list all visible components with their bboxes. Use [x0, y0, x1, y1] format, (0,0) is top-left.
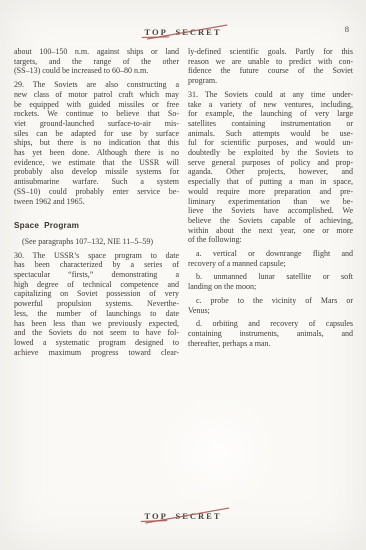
text-line: c. probe to the vicinity of Mars or — [188, 296, 353, 306]
text-line: satellites containing instrumentation or — [188, 119, 353, 129]
text-line: doubtedly be exploited by the Soviets to — [188, 148, 353, 158]
text-line: ships, but there is no indication that t… — [14, 138, 179, 148]
page-number: 8 — [345, 24, 349, 34]
text-line: siles can be adapted for use by surface — [14, 129, 179, 139]
text-line: ly-defined scientific goals. Partly for … — [188, 47, 353, 57]
paragraph: 30. The USSR’s space program to datehas … — [14, 251, 179, 358]
text-line: thereafter, perhaps a man. — [188, 339, 353, 349]
declassification-strike-icon — [139, 21, 230, 43]
list-item: a. vertical or downrange flight andrecov… — [188, 249, 353, 268]
text-line: spectacular “firsts,” demonstrating a — [14, 270, 179, 280]
text-line: viet ground-launched surface-to-air mis- — [14, 119, 179, 129]
text-line: aganda. Other projects, however, and — [188, 167, 353, 177]
text-line: tween 1962 and 1965. — [14, 197, 179, 207]
text-line: 29. The Soviets are also constructing a — [14, 80, 179, 90]
text-line: ful for scientific purposes, and would u… — [188, 138, 353, 148]
page-footer: TOP SECRET — [0, 506, 366, 524]
text-line: and the Soviets do not seem to have fol- — [14, 328, 179, 338]
paragraph: 29. The Soviets are also constructing an… — [14, 80, 179, 206]
text-line: 30. The USSR’s space program to date — [14, 251, 179, 261]
text-line: (SS–10) could probably enter service be- — [14, 187, 179, 197]
text-line: Venus; — [188, 306, 353, 316]
text-line: animals. Such attempts would be use- — [188, 129, 353, 139]
list-item: b. unmanned lunar satellite or softlandi… — [188, 272, 353, 291]
page-header: TOP SECRET 8 — [0, 22, 366, 38]
document-body: about 100–150 n.m. against ships or land… — [14, 47, 353, 357]
text-line: achieve maximum progress toward clear- — [14, 348, 179, 358]
paragraph: about 100–150 n.m. against ships or land… — [14, 47, 179, 76]
text-line: (SS–13) could be increased to 60–80 n.m. — [14, 66, 179, 76]
scan-stain — [160, 398, 275, 508]
text-line: has been characterized by a series of — [14, 260, 179, 270]
classification-stamp-bottom: TOP SECRET — [145, 509, 222, 523]
text-line: rockets. We continue to believe that So- — [14, 109, 179, 119]
text-line: less, the number of launchings to date — [14, 309, 179, 319]
text-line: take a variety of new ventures, includin… — [188, 100, 353, 110]
text-line: would require more preparation and pre- — [188, 187, 353, 197]
paragraph: 31. The Soviets could at any time under-… — [188, 90, 353, 245]
text-line: recovery of a manned capsule; — [188, 259, 353, 269]
right-column: ly-defined scientific goals. Partly for … — [188, 47, 353, 357]
text-line: high degree of technical competence and — [14, 280, 179, 290]
section-heading: Space Program — [14, 221, 179, 231]
text-line: powerful propulsion systems. Neverthe- — [14, 299, 179, 309]
text-line: be equipped with guided missiles or free — [14, 100, 179, 110]
text-line: new class of motor patrol craft which ma… — [14, 90, 179, 100]
text-line: has been less than we previously expecte… — [14, 319, 179, 329]
text-line: a. vertical or downrange flight and — [188, 249, 353, 259]
text-line: lowed a systematic program designed to — [14, 338, 179, 348]
text-line: of the following: — [188, 235, 353, 245]
declassification-strike-icon — [139, 505, 230, 527]
text-line: believe the Soviets capable of achieving… — [188, 216, 353, 226]
text-line: reason we are unable to predict with con… — [188, 57, 353, 67]
text-line: landing on the moon; — [188, 282, 353, 292]
text-line: within about the next year, one or more — [188, 226, 353, 236]
left-column: about 100–150 n.m. against ships or land… — [14, 47, 179, 357]
text-line: 31. The Soviets could at any time under- — [188, 90, 353, 100]
text-line: b. unmanned lunar satellite or soft — [188, 272, 353, 282]
text-line: fidence the future course of the Soviet — [188, 66, 353, 76]
text-line: program. — [188, 76, 353, 86]
text-line: containing instruments, animals, and — [188, 329, 353, 339]
text-line: antisubmarine warfare. Such a system — [14, 177, 179, 187]
text-line: targets, and the range of the other — [14, 57, 179, 67]
list-item: d. orbiting and recovery of capsulescont… — [188, 319, 353, 348]
text-line: serve general purposes of policy and pro… — [188, 158, 353, 168]
text-line: especially that of putting a man in spac… — [188, 177, 353, 187]
text-line: evidence, we estimate that the USSR will — [14, 158, 179, 168]
text-line: (See paragraphs 107–132, NIE 11–5–59) — [14, 237, 179, 247]
list-item: c. probe to the vicinity of Mars orVenus… — [188, 296, 353, 315]
document-page: TOP SECRET 8 about 100–150 n.m. against … — [0, 0, 366, 550]
text-line: d. orbiting and recovery of capsules — [188, 319, 353, 329]
text-line: has yet been done. Although there is no — [14, 148, 179, 158]
text-line: liminary experimentation than we be- — [188, 197, 353, 207]
text-line: for example, the launching of very large — [188, 109, 353, 119]
text-line: probably also develop missile systems fo… — [14, 167, 179, 177]
text-line: about 100–150 n.m. against ships or land — [14, 47, 179, 57]
text-line: lieve the Soviets have accomplished. We — [188, 206, 353, 216]
text-line: capitalizing on Soviet possession of ver… — [14, 289, 179, 299]
subhead: (See paragraphs 107–132, NIE 11–5–59) — [14, 237, 179, 247]
classification-stamp-top: TOP SECRET — [145, 25, 222, 39]
paragraph: ly-defined scientific goals. Partly for … — [188, 47, 353, 86]
